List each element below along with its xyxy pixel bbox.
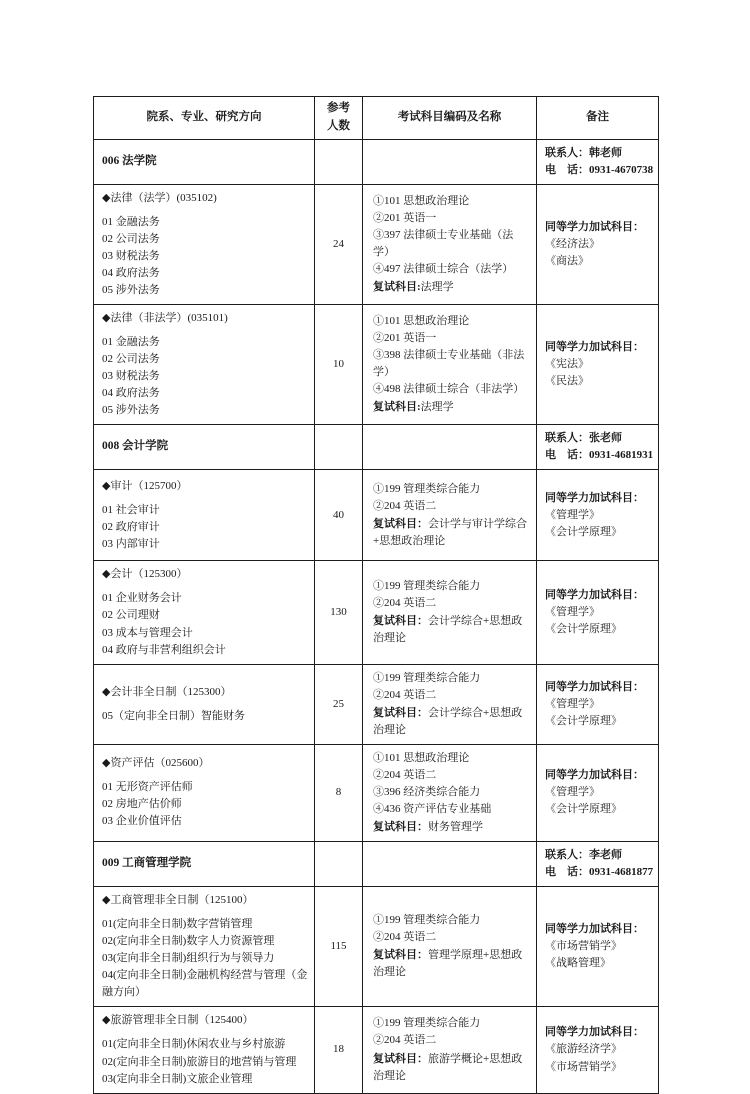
remarks-cell: 同等学力加试科目： 《市场营销学》 《战略管理》: [537, 887, 659, 1007]
subject-list: ①101 思想政治理论 ②201 英语一 ③397 法律硕士专业基础（法学） ④…: [373, 193, 531, 278]
program-directions: 01 金融法务 02 公司法务 03 财税法务 04 政府法务 05 涉外法务: [102, 214, 308, 299]
contact-cell: 联系人：张老师 电 话：0931-4681931: [537, 425, 659, 470]
retest-label: 复试科目：: [373, 1053, 428, 1065]
program-directions: 01 无形资产评估师 02 房地产估价师 03 企业价值评估: [102, 779, 308, 830]
remark-items: 《市场营销学》 《战略管理》: [545, 938, 654, 972]
program-title: ◆资产评估（025600）: [102, 755, 308, 772]
contact-cell: 联系人：韩老师 电 话：0931-4670738: [537, 139, 659, 184]
program-title: ◆会计非全日制（125300）: [102, 684, 308, 701]
subjects-cell-empty: [363, 425, 537, 470]
retest-line: 复试科目:法理学: [373, 279, 531, 296]
subjects-cell-empty: [363, 139, 537, 184]
retest-line: 复试科目：会计学综合+思想政治理论: [373, 705, 531, 739]
remark-title: 同等学力加试科目：: [545, 679, 654, 696]
program-cell: ◆会计（125300） 01 企业财务会计 02 公司理财 03 成本与管理会计…: [94, 561, 315, 664]
program-directions: 01(定向非全日制)休闲农业与乡村旅游 02(定向非全日制)旅游目的地营销与管理…: [102, 1036, 308, 1087]
subject-list: ①199 管理类综合能力 ②204 英语二: [373, 578, 531, 612]
subject-list: ①199 管理类综合能力 ②204 英语二: [373, 1015, 531, 1049]
header-exam-subjects: 考试科目编码及名称: [363, 97, 537, 140]
remark-title: 同等学力加试科目：: [545, 490, 654, 507]
count-cell: 8: [315, 744, 363, 841]
program-cell: ◆审计（125700） 01 社会审计 02 政府审计 03 内部审计: [94, 470, 315, 561]
remark-items: 《管理学》 《会计学原理》: [545, 507, 654, 541]
remarks-cell: 同等学力加试科目： 《旅游经济学》 《市场营销学》: [537, 1007, 659, 1093]
remark-items: 《经济法》 《商法》: [545, 236, 654, 270]
header-remarks: 备注: [537, 97, 659, 140]
subjects-cell: ①199 管理类综合能力 ②204 英语二 复试科目：管理学原理+思想政治理论: [363, 887, 537, 1007]
retest-line: 复试科目：管理学原理+思想政治理论: [373, 947, 531, 981]
subject-list: ①101 思想政治理论 ②201 英语一 ③398 法律硕士专业基础（非法学） …: [373, 313, 531, 398]
program-cell: ◆法律（非法学）(035101) 01 金融法务 02 公司法务 03 财税法务…: [94, 305, 315, 425]
program-cell: ◆法律（法学）(035102) 01 金融法务 02 公司法务 03 财税法务 …: [94, 184, 315, 304]
retest-label: 复试科目：: [373, 518, 428, 530]
table-row-program: ◆审计（125700） 01 社会审计 02 政府审计 03 内部审计 40 ①…: [94, 470, 659, 561]
subject-list: ①199 管理类综合能力 ②204 英语二: [373, 481, 531, 515]
remark-title: 同等学力加试科目：: [545, 767, 654, 784]
contact-phone: 电 话：0931-4681931: [545, 447, 654, 464]
remark-title: 同等学力加试科目：: [545, 921, 654, 938]
remarks-cell: 同等学力加试科目： 《管理学》 《会计学原理》: [537, 561, 659, 664]
admissions-table: 院系、专业、研究方向 参考 人数 考试科目编码及名称 备注 006 法学院 联系…: [93, 96, 659, 1094]
program-directions: 01 金融法务 02 公司法务 03 财税法务 04 政府法务 05 涉外法务: [102, 334, 308, 419]
table-row-program: ◆资产评估（025600） 01 无形资产评估师 02 房地产估价师 03 企业…: [94, 744, 659, 841]
subjects-cell: ①101 思想政治理论 ②201 英语一 ③398 法律硕士专业基础（非法学） …: [363, 305, 537, 425]
remarks-cell: 同等学力加试科目： 《管理学》 《会计学原理》: [537, 664, 659, 744]
subjects-cell: ①101 思想政治理论 ②201 英语一 ③397 法律硕士专业基础（法学） ④…: [363, 184, 537, 304]
contact-person: 联系人：韩老师: [545, 145, 654, 162]
subjects-cell: ①101 思想政治理论 ②204 英语二 ③396 经济类综合能力 ④436 资…: [363, 744, 537, 841]
retest-line: 复试科目：会计学与审计学综合+思想政治理论: [373, 516, 531, 550]
program-title: ◆会计（125300）: [102, 566, 308, 583]
subjects-cell-empty: [363, 842, 537, 887]
remark-title: 同等学力加试科目：: [545, 1024, 654, 1041]
subjects-cell: ①199 管理类综合能力 ②204 英语二 复试科目：会计学综合+思想政治理论: [363, 561, 537, 664]
retest-line: 复试科目:法理学: [373, 399, 531, 416]
program-title: ◆工商管理非全日制（125100）: [102, 892, 308, 909]
table-row-program: ◆会计（125300） 01 企业财务会计 02 公司理财 03 成本与管理会计…: [94, 561, 659, 664]
retest-line: 复试科目：财务管理学: [373, 819, 531, 836]
table-row-program: ◆工商管理非全日制（125100） 01(定向非全日制)数字营销管理 02(定向…: [94, 887, 659, 1007]
remark-items: 《管理学》 《会计学原理》: [545, 784, 654, 818]
retest-label: 复试科目:: [373, 401, 421, 413]
contact-cell: 联系人：李老师 电 话：0931-4681877: [537, 842, 659, 887]
remarks-cell: 同等学力加试科目： 《管理学》 《会计学原理》: [537, 744, 659, 841]
retest-value: 财务管理学: [428, 821, 483, 833]
remark-items: 《宪法》 《民法》: [545, 356, 654, 390]
program-directions: 05（定向非全日制）智能财务: [102, 708, 308, 725]
header-reference-count: 参考 人数: [315, 97, 363, 140]
retest-value: 法理学: [421, 281, 454, 293]
subject-list: ①199 管理类综合能力 ②204 英语二: [373, 670, 531, 704]
program-cell: ◆资产评估（025600） 01 无形资产评估师 02 房地产估价师 03 企业…: [94, 744, 315, 841]
program-cell: ◆会计非全日制（125300） 05（定向非全日制）智能财务: [94, 664, 315, 744]
contact-person: 联系人：李老师: [545, 847, 654, 864]
subjects-cell: ①199 管理类综合能力 ②204 英语二 复试科目：会计学综合+思想政治理论: [363, 664, 537, 744]
contact-person: 联系人：张老师: [545, 430, 654, 447]
retest-label: 复试科目：: [373, 707, 428, 719]
header-department-major: 院系、专业、研究方向: [94, 97, 315, 140]
remark-items: 《旅游经济学》 《市场营销学》: [545, 1041, 654, 1075]
contact-phone: 电 话：0931-4681877: [545, 864, 654, 881]
table-row-program: ◆旅游管理非全日制（125400） 01(定向非全日制)休闲农业与乡村旅游 02…: [94, 1007, 659, 1093]
program-title: ◆审计（125700）: [102, 478, 308, 495]
count-cell-empty: [315, 842, 363, 887]
program-directions: 01 社会审计 02 政府审计 03 内部审计: [102, 502, 308, 553]
table-row-department: 009 工商管理学院 联系人：李老师 电 话：0931-4681877: [94, 842, 659, 887]
count-cell: 40: [315, 470, 363, 561]
retest-line: 复试科目：旅游学概论+思想政治理论: [373, 1051, 531, 1085]
table-row-program: ◆法律（非法学）(035101) 01 金融法务 02 公司法务 03 财税法务…: [94, 305, 659, 425]
program-directions: 01(定向非全日制)数字营销管理 02(定向非全日制)数字人力资源管理 03(定…: [102, 916, 308, 1001]
retest-label: 复试科目：: [373, 949, 428, 961]
program-cell: ◆旅游管理非全日制（125400） 01(定向非全日制)休闲农业与乡村旅游 02…: [94, 1007, 315, 1093]
table-header-row: 院系、专业、研究方向 参考 人数 考试科目编码及名称 备注: [94, 97, 659, 140]
program-title: ◆旅游管理非全日制（125400）: [102, 1012, 308, 1029]
department-name: 006 法学院: [94, 139, 315, 184]
remarks-cell: 同等学力加试科目： 《宪法》 《民法》: [537, 305, 659, 425]
admissions-table-page: 院系、专业、研究方向 参考 人数 考试科目编码及名称 备注 006 法学院 联系…: [93, 96, 658, 1094]
count-cell: 24: [315, 184, 363, 304]
retest-label: 复试科目：: [373, 821, 428, 833]
department-name: 008 会计学院: [94, 425, 315, 470]
table-row-department: 006 法学院 联系人：韩老师 电 话：0931-4670738: [94, 139, 659, 184]
retest-value: 法理学: [421, 401, 454, 413]
subjects-cell: ①199 管理类综合能力 ②204 英语二 复试科目：会计学与审计学综合+思想政…: [363, 470, 537, 561]
retest-line: 复试科目：会计学综合+思想政治理论: [373, 613, 531, 647]
remark-title: 同等学力加试科目：: [545, 339, 654, 356]
count-cell: 18: [315, 1007, 363, 1093]
table-row-department: 008 会计学院 联系人：张老师 电 话：0931-4681931: [94, 425, 659, 470]
count-cell-empty: [315, 425, 363, 470]
remarks-cell: 同等学力加试科目： 《经济法》 《商法》: [537, 184, 659, 304]
subject-list: ①101 思想政治理论 ②204 英语二 ③396 经济类综合能力 ④436 资…: [373, 750, 531, 818]
remark-title: 同等学力加试科目：: [545, 219, 654, 236]
count-cell-empty: [315, 139, 363, 184]
remark-items: 《管理学》 《会计学原理》: [545, 604, 654, 638]
count-cell: 25: [315, 664, 363, 744]
remark-items: 《管理学》 《会计学原理》: [545, 696, 654, 730]
table-row-program: ◆法律（法学）(035102) 01 金融法务 02 公司法务 03 财税法务 …: [94, 184, 659, 304]
retest-label: 复试科目：: [373, 615, 428, 627]
remarks-cell: 同等学力加试科目： 《管理学》 《会计学原理》: [537, 470, 659, 561]
program-title: ◆法律（法学）(035102): [102, 190, 308, 207]
retest-label: 复试科目:: [373, 281, 421, 293]
program-cell: ◆工商管理非全日制（125100） 01(定向非全日制)数字营销管理 02(定向…: [94, 887, 315, 1007]
count-cell: 130: [315, 561, 363, 664]
contact-phone: 电 话：0931-4670738: [545, 162, 654, 179]
count-cell: 115: [315, 887, 363, 1007]
subjects-cell: ①199 管理类综合能力 ②204 英语二 复试科目：旅游学概论+思想政治理论: [363, 1007, 537, 1093]
department-name: 009 工商管理学院: [94, 842, 315, 887]
program-directions: 01 企业财务会计 02 公司理财 03 成本与管理会计 04 政府与非营利组织…: [102, 590, 308, 658]
table-row-program: ◆会计非全日制（125300） 05（定向非全日制）智能财务 25 ①199 管…: [94, 664, 659, 744]
count-cell: 10: [315, 305, 363, 425]
program-title: ◆法律（非法学）(035101): [102, 310, 308, 327]
subject-list: ①199 管理类综合能力 ②204 英语二: [373, 912, 531, 946]
remark-title: 同等学力加试科目：: [545, 587, 654, 604]
